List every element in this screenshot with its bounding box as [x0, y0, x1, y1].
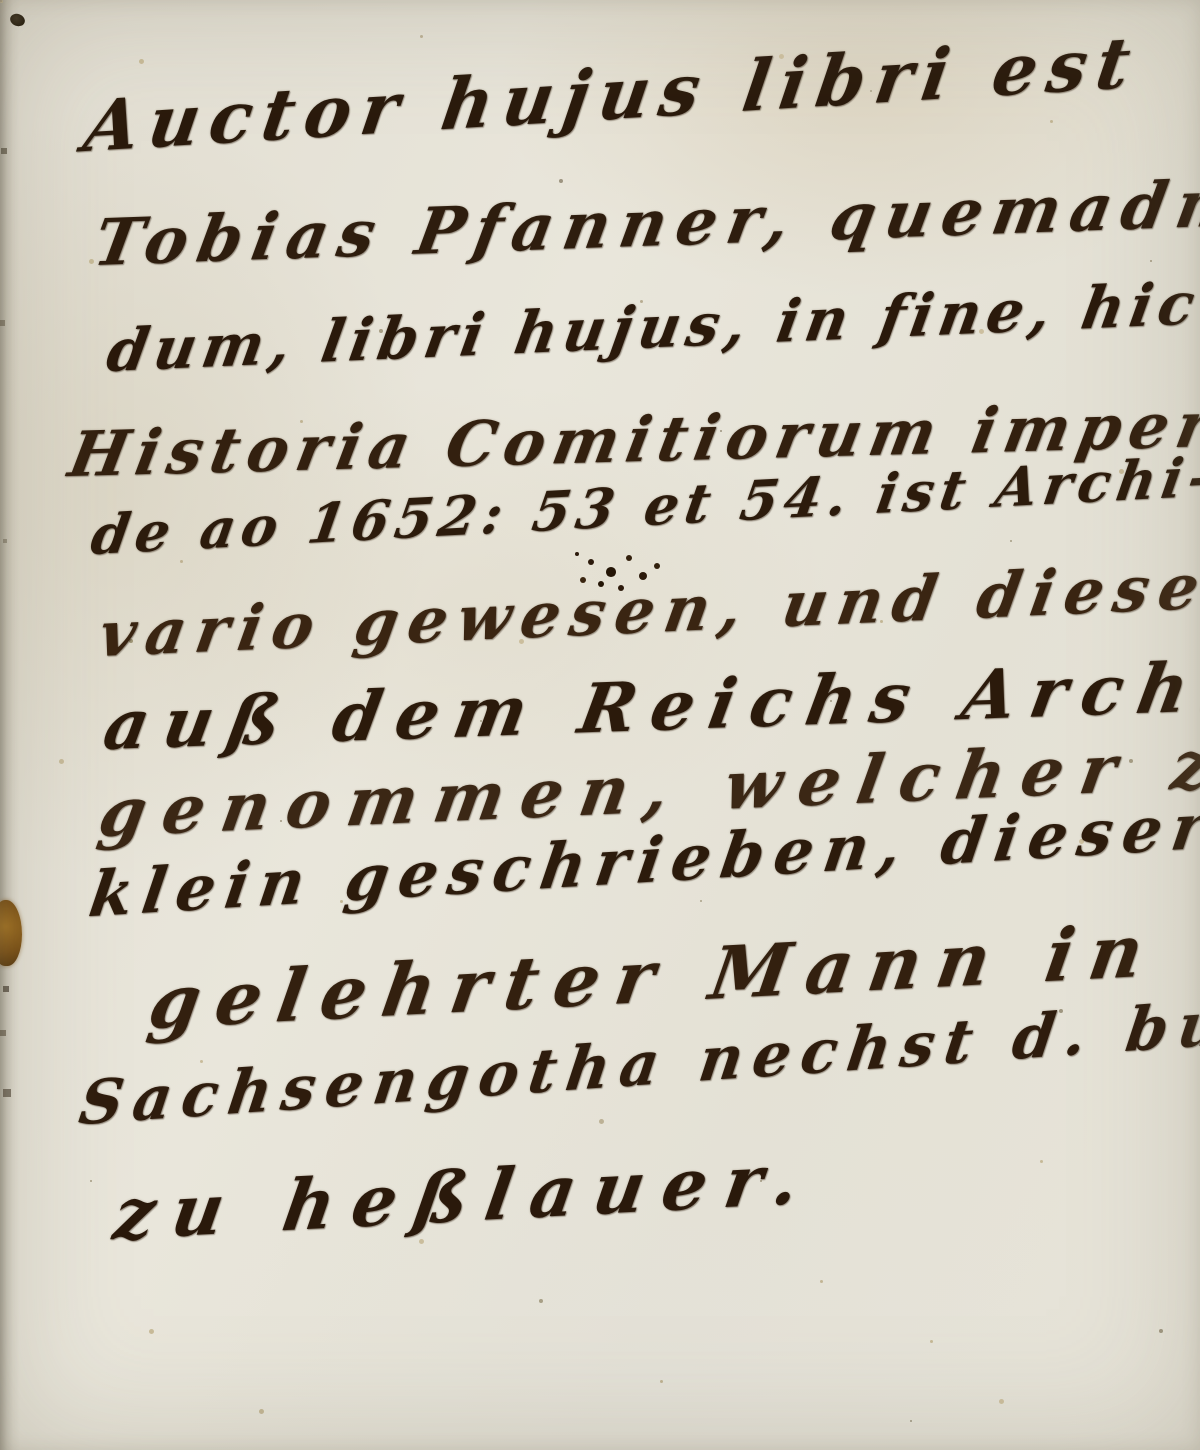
handwriting-line-1: Auctor hujus libri est	[80, 27, 1145, 162]
manuscript-page: Auctor hujus libri est Tobias Pfanner, q…	[0, 0, 1200, 1450]
handwriting-line-2: Tobias Pfanner, quemadmo-	[89, 168, 1200, 276]
handwriting-line-3: dum, libri hujus, in fine, hic	[103, 274, 1200, 380]
ink-spatter	[575, 552, 579, 556]
paper-fiber-speckles-dark	[0, 0, 2, 2]
handwriting-line-6: vario gewesen, und dieses	[95, 553, 1200, 666]
handwriting-line-12: zu heßlauer.	[109, 1143, 821, 1250]
page-gutter-shadow	[0, 0, 20, 1450]
